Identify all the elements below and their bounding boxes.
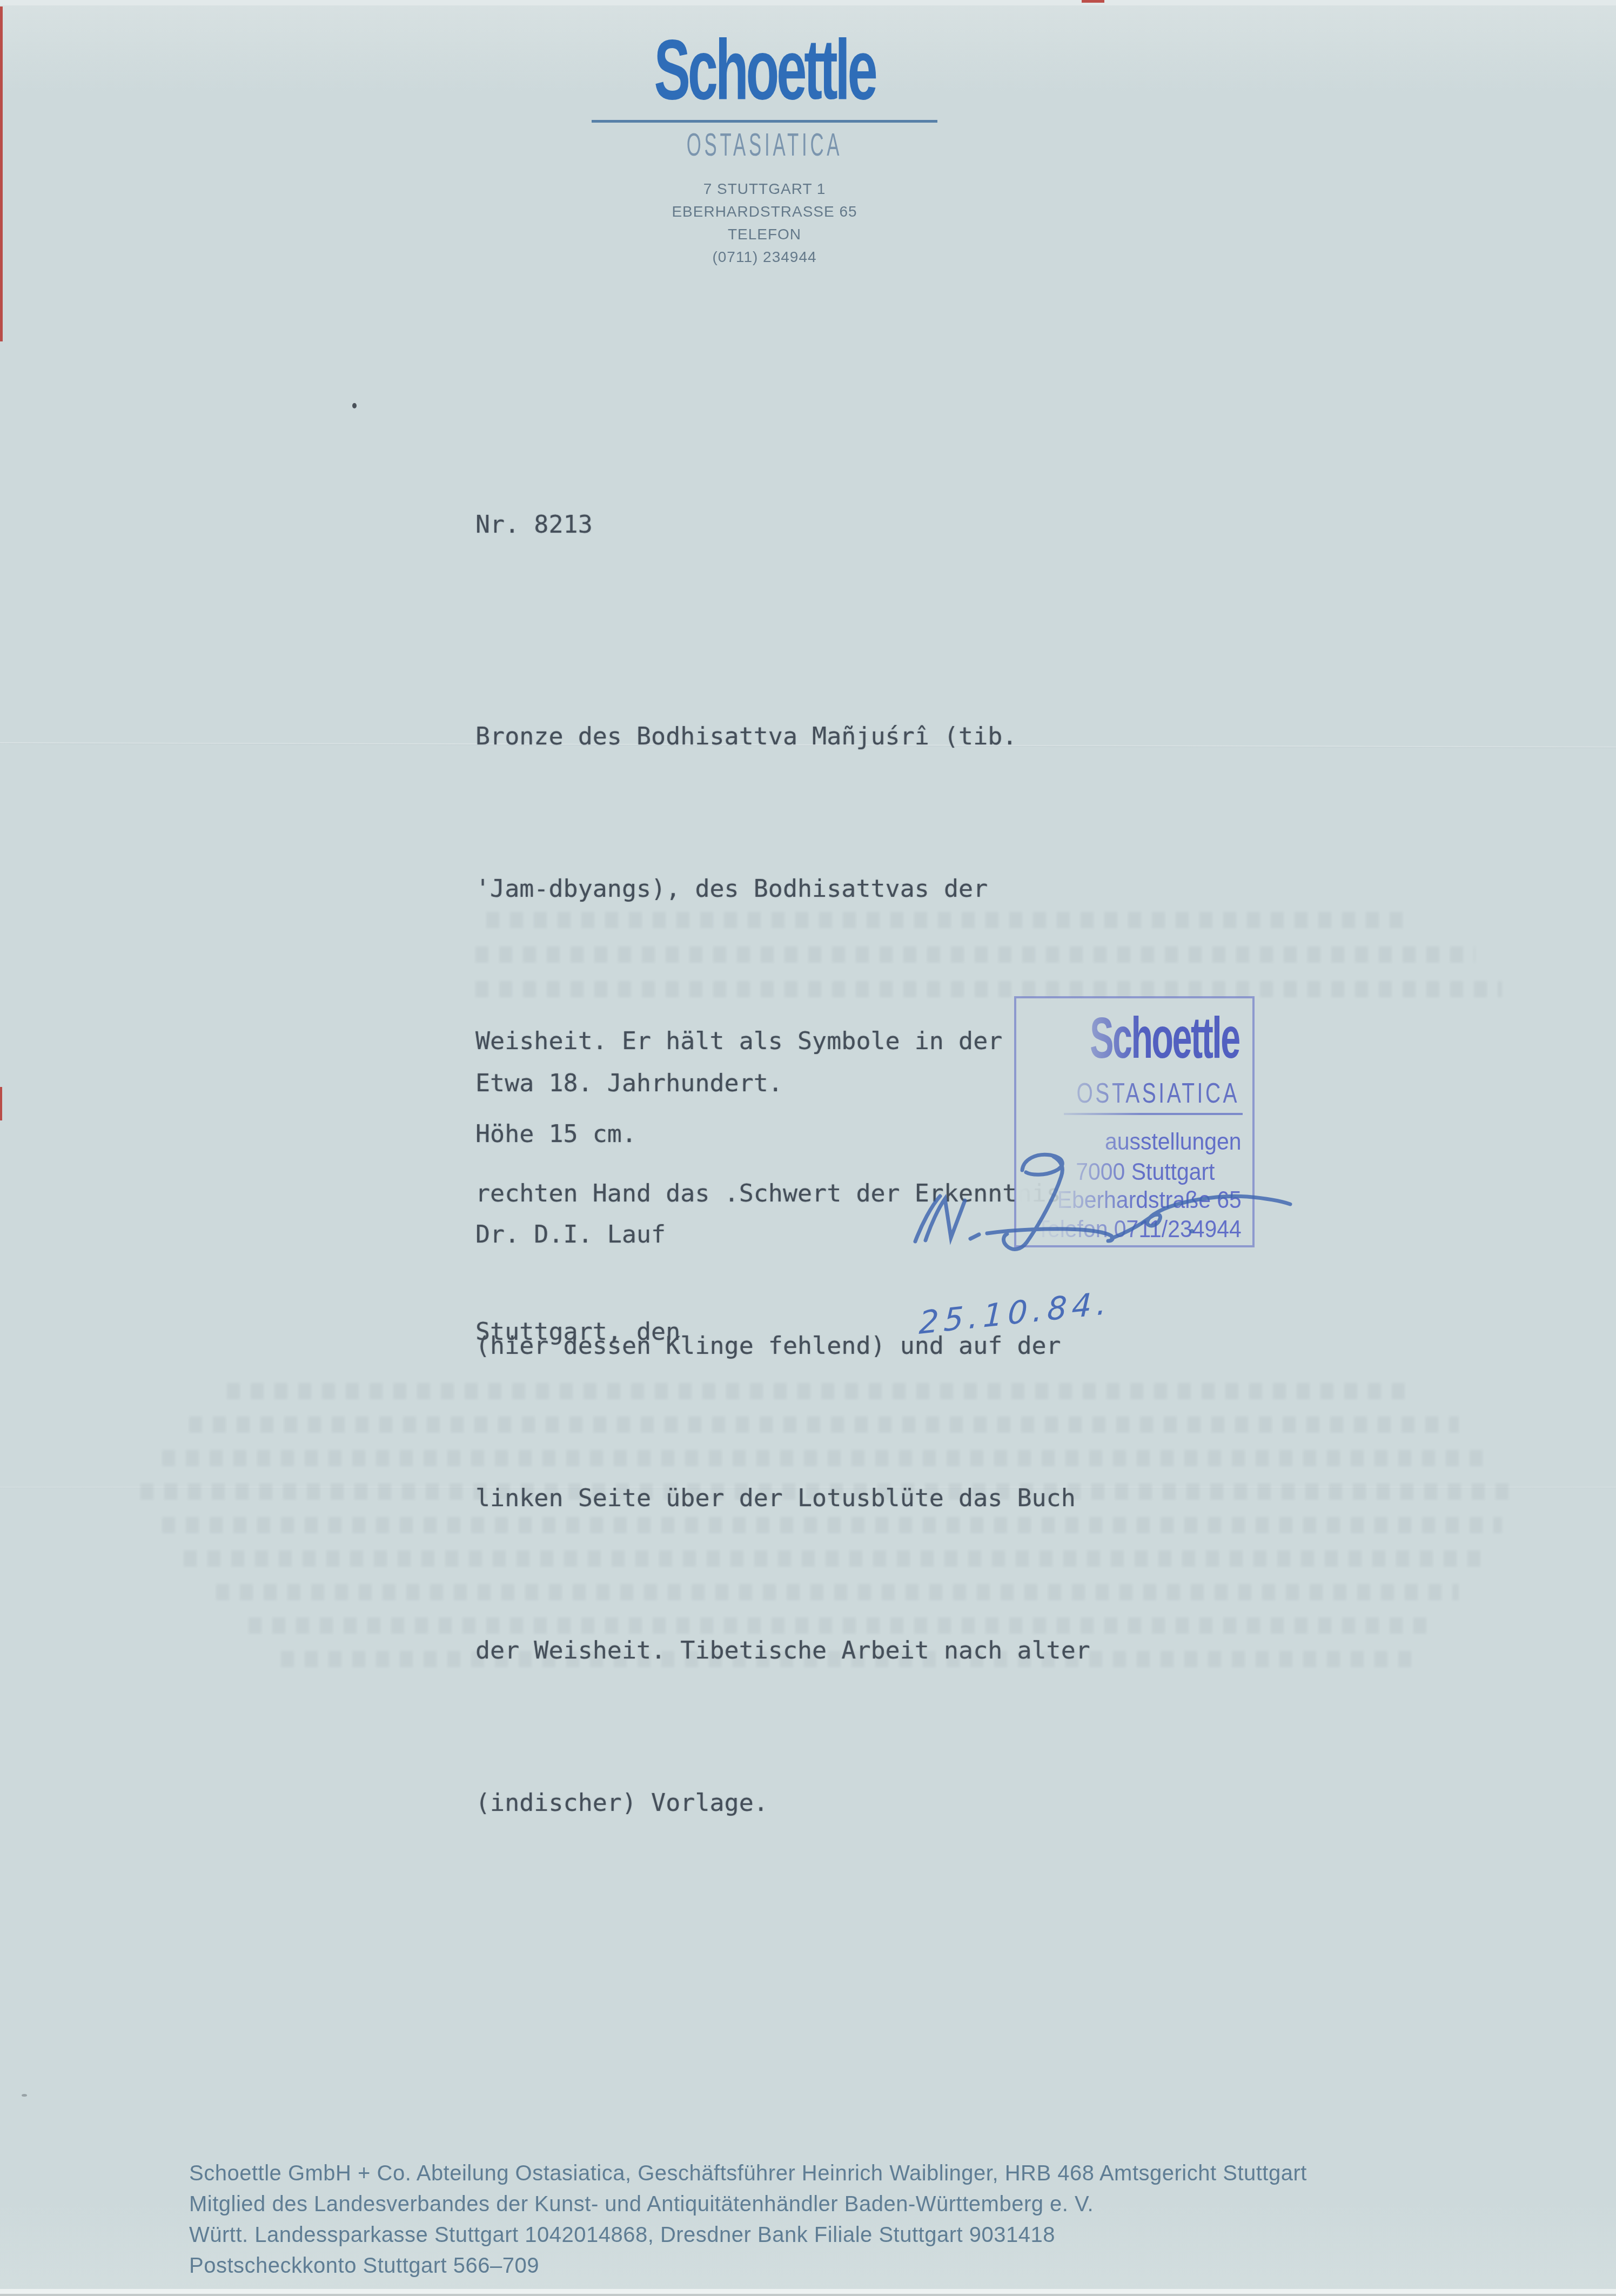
scan-red-edge bbox=[0, 6, 3, 341]
place-date-line: Stuttgart, den bbox=[475, 1306, 680, 1357]
letterhead-address: 7 STUTTGART 1 EBERHARDSTRASSE 65 TELEFON… bbox=[586, 178, 943, 268]
scanned-letter-page: Schoettle OSTASIATICA 7 STUTTGART 1 EBER… bbox=[0, 0, 1616, 2296]
description-line: (indischer) Vorlage. bbox=[475, 1777, 1090, 1828]
scan-red-edge bbox=[1082, 0, 1104, 3]
description-line: linken Seite über der Lotusblüte das Buc… bbox=[475, 1473, 1090, 1523]
scan-edge-bottom-shadow bbox=[0, 2294, 1616, 2296]
ink-speck bbox=[352, 403, 357, 408]
address-line: (0711) 234944 bbox=[586, 246, 943, 268]
scan-red-edge bbox=[0, 1087, 2, 1120]
dating-line: Etwa 18. Jahrhundert. bbox=[475, 1058, 783, 1109]
company-rubber-stamp: Schoettle OSTASIATICA ausstellungen 7000… bbox=[1014, 996, 1255, 1247]
address-line: TELEFON bbox=[586, 223, 943, 246]
description-line: Bronze des Bodhisattva Mañjuśrî (tib. bbox=[475, 711, 1090, 762]
address-line: EBERHARDSTRASSE 65 bbox=[586, 200, 943, 223]
footer-line: Mitglied des Landesverbandes der Kunst- … bbox=[189, 2189, 1307, 2220]
signer-name-line: Dr. D.I. Lauf bbox=[475, 1209, 666, 1260]
object-number-line: Nr. 8213 bbox=[475, 499, 593, 550]
logo-underline bbox=[592, 120, 937, 123]
description-line: 'Jam-dbyangs), des Bodhisattvas der bbox=[475, 863, 1090, 914]
footer-imprint: Schoettle GmbH + Co. Abteilung Ostasiati… bbox=[189, 2158, 1307, 2281]
footer-line: Schoettle GmbH + Co. Abteilung Ostasiati… bbox=[189, 2158, 1307, 2189]
stamp-fade-overlay bbox=[1018, 998, 1255, 1245]
address-line: 7 STUTTGART 1 bbox=[586, 178, 943, 200]
footer-line: Württ. Landessparkasse Stuttgart 1042014… bbox=[189, 2220, 1307, 2251]
letterhead: Schoettle OSTASIATICA 7 STUTTGART 1 EBER… bbox=[586, 27, 943, 268]
footer-line: Postscheckkonto Stuttgart 566–709 bbox=[189, 2251, 1307, 2281]
height-line: Höhe 15 cm. bbox=[475, 1109, 636, 1159]
description-line: der Weisheit. Tibetische Arbeit nach alt… bbox=[475, 1625, 1090, 1676]
scan-edge-top bbox=[0, 0, 1616, 5]
company-division: OSTASIATICA bbox=[661, 127, 868, 163]
company-logo: Schoettle bbox=[651, 27, 879, 112]
description-paragraph: Bronze des Bodhisattva Mañjuśrî (tib. 'J… bbox=[475, 609, 1090, 1930]
ink-speck bbox=[22, 2094, 27, 2097]
